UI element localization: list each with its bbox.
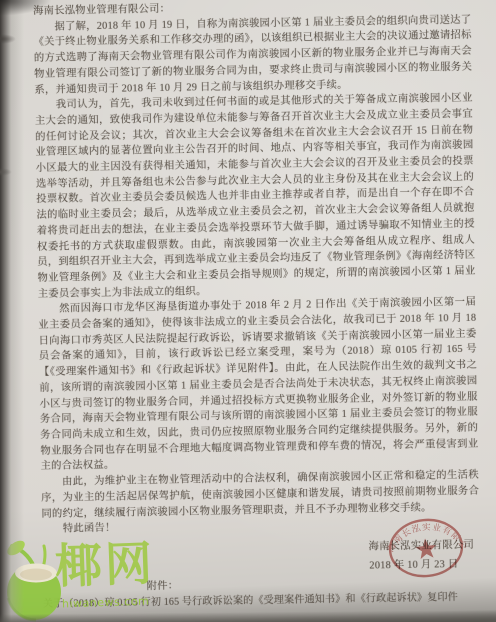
scanned-letter-photo: 海南长泓物业管理有限公司： 据了解，2018 年 10 月 19 日，自称为南滨… bbox=[0, 0, 496, 622]
letter-paragraph: 然而因海口市龙华区海垦街道办事处于 2018 年 2 月 2 日作出《关于南滨骏… bbox=[38, 295, 479, 475]
letter-paragraph: 我司认为，首先，我司未收到过任何书面的或是其他形式的关于筹备成立南滨骏园小区业主… bbox=[35, 91, 476, 302]
letter-paragraph: 据了解，2018 年 10 月 19 日，自称为南滨骏园小区第 1 届业主委员会… bbox=[33, 12, 472, 98]
star-icon bbox=[415, 537, 438, 559]
edge-smudge bbox=[0, 34, 16, 44]
edge-smudge bbox=[0, 168, 12, 176]
company-seal-stamp: 海南长泓实业有限公司 bbox=[378, 507, 474, 589]
attachment-line: 关于（2018）琼 0105 行初 165 号行政诉讼案的《受理案件通知书》和《… bbox=[43, 590, 481, 613]
photo-left-edge-shadow bbox=[0, 0, 24, 622]
seal-graphic: 海南长泓实业有限公司 bbox=[378, 507, 471, 581]
